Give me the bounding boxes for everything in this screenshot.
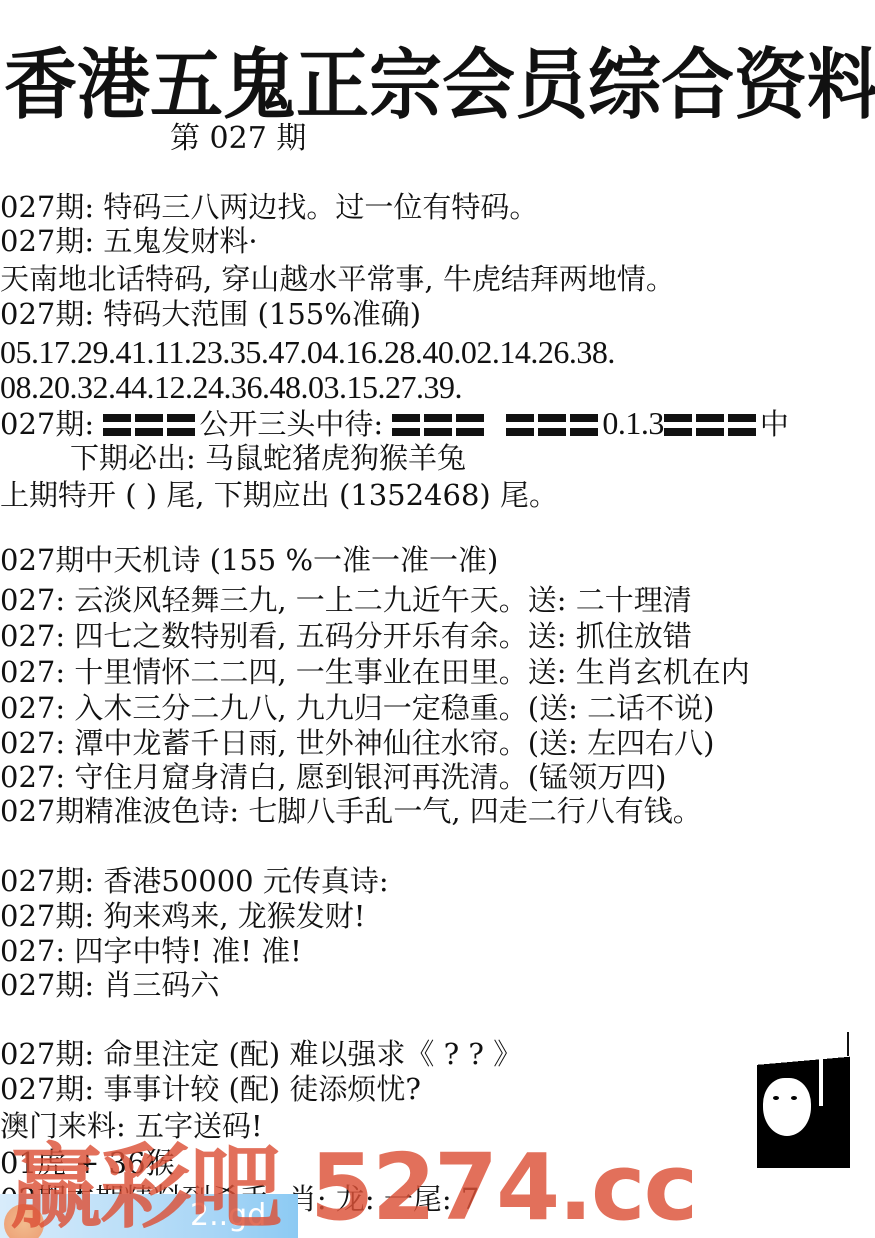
text-line: 027期: 特码三八两边找。过一位有特码。 (0, 190, 538, 224)
text-line: 027期: 五鬼发财料· (0, 224, 258, 258)
three-heads-label: 公开三头中待: (199, 407, 392, 441)
three-heads-numbers: 0.1.3 (602, 405, 664, 441)
poem-line: 027期精准波色诗: 七脚八手乱一气, 四走二行八有钱。 (0, 794, 702, 828)
block-icon (570, 414, 598, 436)
fax-line: 027期: 狗来鸡来, 龙猴发财! (0, 899, 365, 933)
block-icon (167, 414, 195, 436)
poem-line: 027: 十里情怀二二四, 一生事业在田里。送: 生肖玄机在内 (0, 655, 750, 689)
block-icon (728, 414, 756, 436)
block-icon (103, 414, 131, 436)
fax-line: 027期: 香港50000 元传真诗: (0, 864, 389, 898)
fate-line: 027期: 命里注定 (配) 难以强求《 ? ? 》 (0, 1037, 522, 1071)
poem-line: 027: 四七之数特别看, 五码分开乐有余。送: 抓住放错 (0, 619, 692, 653)
fax-line: 027: 四字中特! 准! 准! (0, 934, 302, 968)
poem-line: 027: 守住月窟身清白, 愿到银河再洗清。(锰领万四) (0, 760, 666, 794)
face-shape (763, 1078, 811, 1136)
poem-title: 027期中天机诗 (155 %一准一准一准) (0, 543, 498, 577)
eye-icon (791, 1096, 797, 1100)
block-icon (506, 414, 534, 436)
watermark-main: 赢彩吧 5274.cc (10, 1138, 696, 1238)
three-heads-prefix: 027期: (0, 407, 103, 441)
poem-line: 027: 入木三分二九八, 九九归一定稳重。(送: 二话不说) (0, 691, 714, 725)
block-icon (696, 414, 724, 436)
block-icon (456, 414, 484, 436)
issue-number: 第 027 期 (170, 121, 306, 157)
portrait-photo (757, 1056, 850, 1168)
tail-line: 上期特开 ( ) 尾, 下期应出 (1352468) 尾。 (0, 478, 558, 512)
pole-shape (819, 1056, 823, 1106)
three-heads-line: 027期: 公开三头中待: 0.1.3中 (0, 406, 789, 441)
block-icon (664, 414, 692, 436)
number-list: 05.17.29.41.11.23.35.47.04.16.28.40.02.1… (0, 335, 615, 369)
fate-line: 027期: 事事计较 (配) 徒添烦忧? (0, 1072, 421, 1106)
text-line: 天南地北话特码, 穿山越水平常事, 牛虎结拜两地情。 (0, 262, 675, 296)
eye-icon (773, 1096, 779, 1100)
next-zodiac: 下期必出: 马鼠蛇猪虎狗猴羊兔 (70, 441, 466, 475)
block-icon (392, 414, 420, 436)
hat-shape (757, 1056, 850, 1070)
block-icon (424, 414, 452, 436)
block-icon (538, 414, 566, 436)
poem-line: 027: 潭中龙蓄千日雨, 世外神仙往水帘。(送: 左四右八) (0, 726, 714, 760)
number-list: 08.20.32.44.12.24.36.48.03.15.27.39. (0, 370, 462, 404)
three-heads-suffix: 中 (760, 407, 789, 441)
fax-line: 027期: 肖三码六 (0, 968, 219, 1002)
block-icon (135, 414, 163, 436)
text-line: 027期: 特码大范围 (155%准确) (0, 297, 421, 331)
poem-line: 027: 云淡风轻舞三九, 一上二九近午天。送: 二十理清 (0, 583, 692, 617)
document-title: 香港五鬼正宗会员综合资料 (4, 38, 875, 133)
